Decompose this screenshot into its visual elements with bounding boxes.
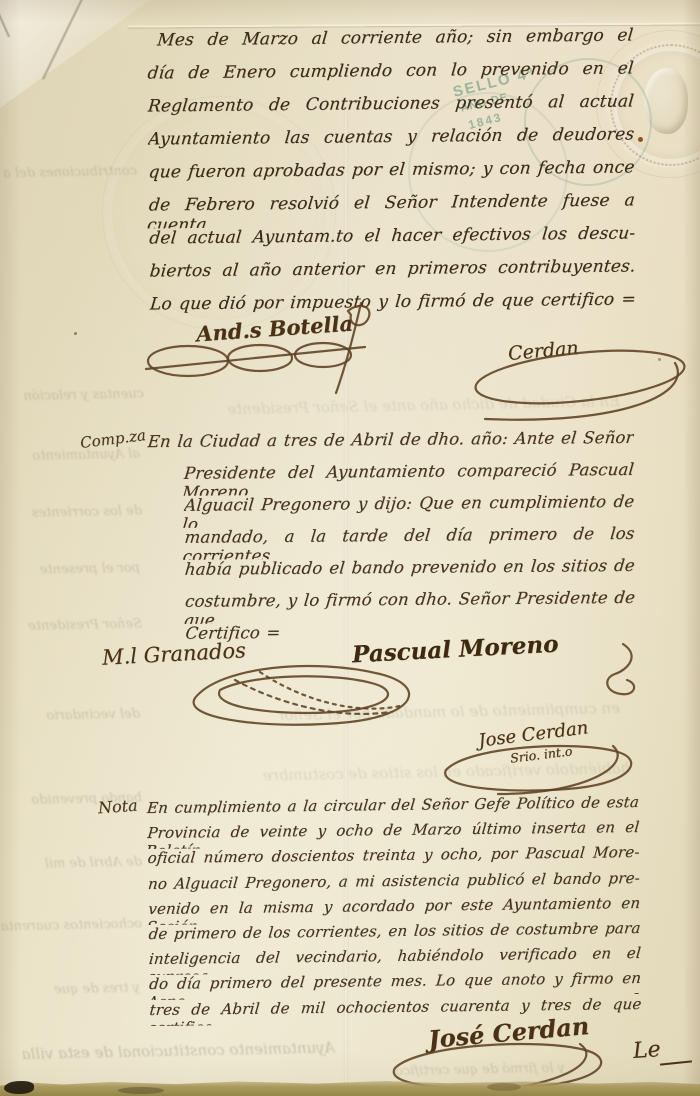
manuscript-line: del actual Ayuntam.to el hacer efectivos… — [147, 223, 636, 261]
manuscript-line: que fueron aprobadas por el mismo; y con… — [146, 157, 635, 195]
bleedthrough-text: y tres de que — [0, 981, 140, 1002]
bleedthrough-text: cuentas y relación — [2, 387, 144, 408]
catchword-le: Le — [632, 1037, 661, 1064]
signature-rubric-moreno — [593, 640, 648, 715]
paragraph-comparecencia: En la Ciudad a tres de Abril de dho. año… — [147, 428, 635, 656]
bleedthrough-text: del vecindario — [0, 707, 140, 728]
bleedthrough-text: al Ayuntamiento — [0, 447, 140, 468]
edge-stain — [118, 1087, 164, 1094]
margin-note-nota: Nota — [97, 796, 138, 818]
paragraph-cuentas-marzo: Mes de Marzo al corriente año; sin embar… — [146, 25, 635, 327]
edge-stain — [4, 1081, 34, 1094]
manuscript-line: Presidente del Ayuntamiento compareció P… — [182, 460, 635, 496]
signature-rubric-jose-cerdan — [428, 736, 648, 798]
ink-speck — [638, 137, 643, 142]
manuscript-line: En la Ciudad a tres de Abril de dho. año… — [146, 428, 635, 464]
manuscript-line: Reglamento de Contribuciones presentó al… — [146, 91, 635, 129]
bleedthrough-text: Ayuntamiento constitucional de esta vill… — [0, 1038, 335, 1063]
manuscript-line: Mes de Marzo al corriente año; sin embar… — [145, 25, 634, 63]
edge-stain — [487, 1083, 521, 1091]
manuscript-line: mandado, a la tarde del día primero de l… — [182, 524, 635, 560]
manuscript-line: biertos al año anterior en primeros cont… — [147, 256, 636, 294]
signature-rubric-cerdan — [425, 345, 695, 430]
manuscript-line: había publicado el bando prevenido en lo… — [183, 556, 636, 592]
manuscript-line: Alguacil Pregonero y dijo: Que en cumpli… — [182, 492, 635, 528]
bleedthrough-text: Señor Presidente — [0, 617, 142, 638]
catchword-dash — [660, 1060, 692, 1065]
bleedthrough-text: por el presente — [0, 561, 140, 582]
margin-note-comparecencia: Comp.za — [79, 426, 147, 452]
bleedthrough-text: de Abril de mil — [0, 855, 142, 876]
bleedthrough-text: de los corrientes — [0, 504, 142, 525]
manuscript-page: SELLO 4º AÑO DE 1843 contribuciones del … — [0, 0, 700, 1096]
ink-speck — [74, 332, 77, 335]
paragraph-nota-bando: En cumplimiento a la circular del Señor … — [147, 793, 642, 1026]
manuscript-line: de Febrero resolvió el Señor Intendente … — [147, 190, 636, 228]
manuscript-line: día de Enero cumpliendo con lo prevenido… — [145, 58, 634, 96]
manuscript-line: Ayuntamiento las cuentas y relación de d… — [146, 124, 635, 162]
signature-rubric-botella — [140, 295, 440, 400]
manuscript-line: costumbre, y lo firmó con dho. Señor Pre… — [183, 588, 636, 624]
bleedthrough-text: ochocientos cuarenta — [0, 917, 142, 938]
